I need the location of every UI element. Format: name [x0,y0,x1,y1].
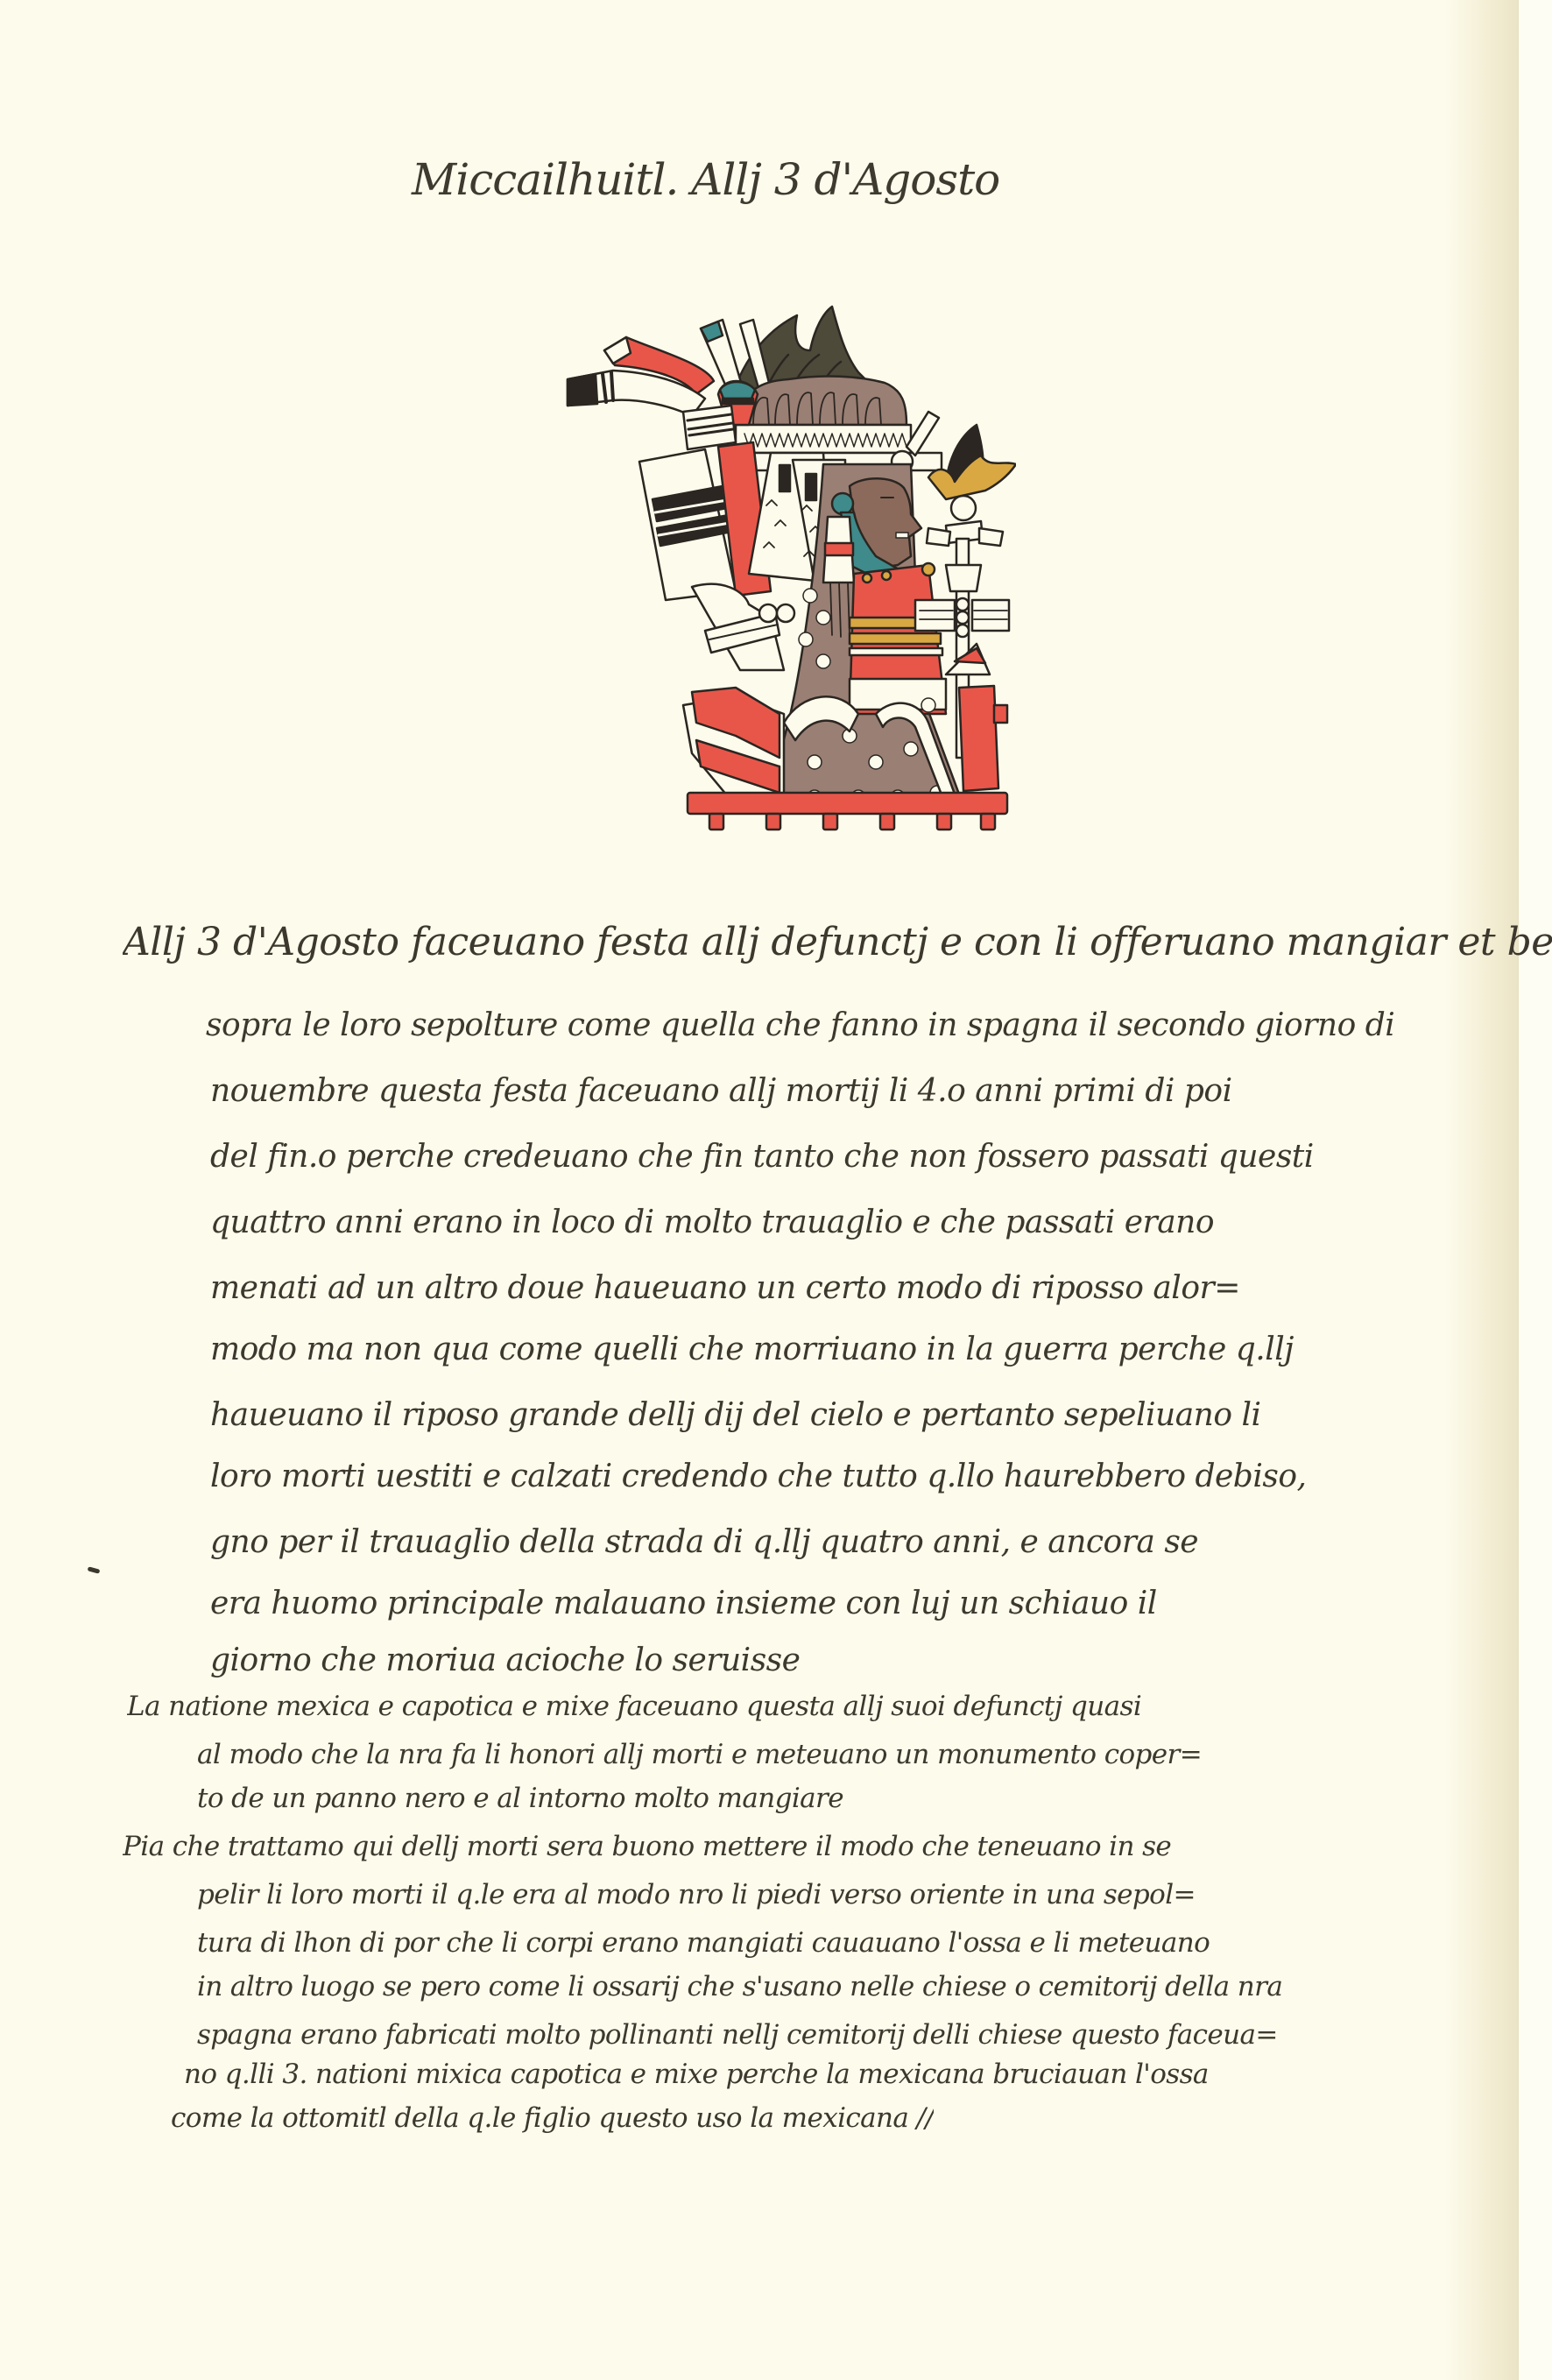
text-line: Allj 3 d'Agosto faceuano festa allj defu… [123,920,1552,964]
text-line: Pia che trattamo qui dellj morti sera bu… [123,1831,1171,1862]
text-line: del fin.o perche credeuano che fin tanto… [210,1139,1314,1175]
page-gutter-shadow [1445,0,1518,2380]
text-line: no q.lli 3. nationi mixica capotica e mi… [184,2059,1209,2090]
page-title: Miccailhuitl. Allj 3 d'Agosto [412,154,937,205]
text-line: al modo che la nra fa li honori allj mor… [197,1739,1202,1770]
text-line: sopra le loro sepolture come quella che … [206,1007,1394,1043]
text-line: come la ottomitl della q.le figlio quest… [171,2102,934,2134]
text-line: tura di lhon di por che li corpi erano m… [197,1927,1210,1959]
striped-tunic [850,563,946,714]
text-line: in altro luogo se pero come li ossarij c… [197,1971,1282,2002]
text-line: modo ma non qua come quelli che morriuan… [210,1331,1294,1367]
text-line: quattro anni erano in loco di molto trau… [210,1204,1214,1240]
facing-page-edge [1518,0,1552,2380]
text-line: haueuano il riposo grande dellj dij del … [210,1397,1261,1433]
text-line: menati ad un altro doue haueuano un cert… [210,1270,1240,1306]
codex-figure-illustration [561,302,1016,837]
text-line: pelir li loro morti il q.le era al modo … [197,1879,1196,1910]
text-line: spagna erano fabricati molto pollinanti … [197,2019,1278,2051]
striped-back-panel [639,406,736,600]
text-line: era huomo principale malauano insieme co… [210,1585,1157,1621]
text-line: gno per il trauaglio della strada di q.l… [210,1524,1198,1560]
text-line: giorno che moriua acioche lo seruisse [210,1642,800,1678]
ear-ornament [832,493,853,514]
text-line: to de un panno nero e al intorno molto m… [197,1783,843,1814]
text-line: La natione mexica e capotica e mixe face… [127,1691,1141,1722]
red-platform [688,793,1007,830]
text-line: nouembre questa festa faceuano allj mort… [210,1073,1232,1109]
text-line: loro morti uestiti e calzati credendo ch… [210,1458,1306,1494]
